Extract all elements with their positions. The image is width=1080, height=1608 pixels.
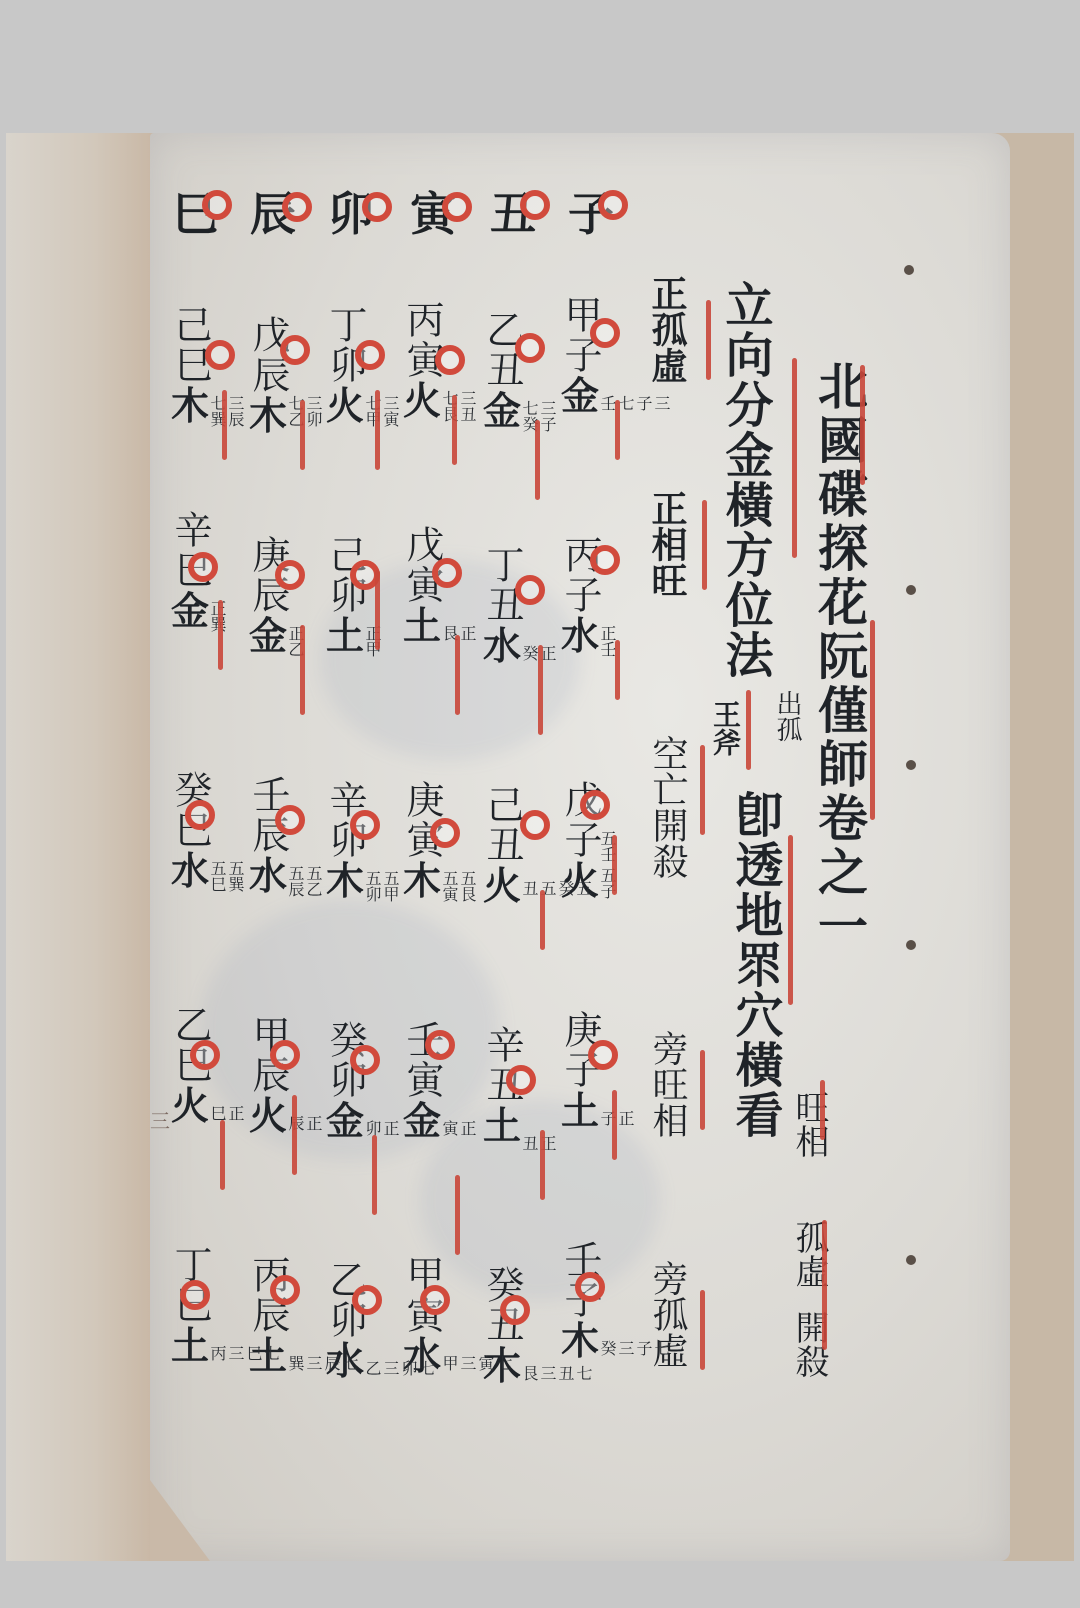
red-circle-mark — [515, 333, 545, 363]
red-circle-mark — [515, 575, 545, 605]
red-annotation-line — [455, 635, 460, 715]
title-column: 北國碟探花阮僅師卷之一 — [812, 360, 866, 954]
fen-jin-note: 五巽 五巳 — [208, 860, 244, 892]
left-backing-paper — [6, 133, 151, 1561]
element: 水 — [561, 615, 599, 657]
red-circle-mark — [282, 192, 312, 222]
element: 金 — [171, 590, 209, 632]
red-circle-mark — [425, 1030, 455, 1060]
element: 土 — [483, 1105, 521, 1147]
fen-jin-note: 五艮 五寅 — [440, 870, 476, 902]
fen-jin-note: 正卯 — [363, 1120, 399, 1142]
red-annotation-line — [535, 420, 540, 500]
subtitle-main: 立向分金橫方位法 — [718, 280, 772, 680]
fen-jin-note: 正巳 — [208, 1105, 244, 1127]
branch-header-row: 子 丑 寅 卯 辰 巳 — [160, 178, 640, 238]
red-circle-mark — [435, 345, 465, 375]
element: 火 — [326, 385, 364, 427]
red-circle-mark — [190, 1040, 220, 1070]
fen-jin-note: 五甲 五卯 — [363, 870, 399, 902]
red-annotation-line — [218, 600, 223, 670]
fen-jin-note: 正壬 — [598, 625, 616, 657]
red-annotation-line — [822, 1220, 827, 1350]
binding-hole — [906, 1255, 916, 1265]
fen-jin-note: 三寅 七甲 — [363, 395, 399, 427]
grid-entry: 庚辰 正乙 金 — [228, 535, 308, 657]
margin-page-mark: 三 — [150, 1108, 170, 1134]
right-backing-paper — [1000, 133, 1074, 1561]
element: 土 — [326, 615, 364, 657]
fen-jin-note: 三丑 七艮 — [440, 390, 476, 422]
red-annotation-line — [746, 690, 751, 770]
red-circle-mark — [352, 1285, 382, 1315]
red-annotation-line — [615, 640, 620, 700]
red-annotation-line — [700, 745, 705, 835]
red-annotation-line — [615, 400, 620, 460]
grid-entry: 癸巳 五巽 五巳 水 — [150, 770, 230, 892]
red-circle-mark — [588, 1040, 618, 1070]
element: 木 — [326, 860, 364, 902]
element: 土 — [403, 605, 441, 647]
ganzhi: 己巳 — [169, 305, 211, 385]
red-annotation-line — [702, 500, 707, 590]
red-annotation-line — [292, 1095, 297, 1175]
red-annotation-line — [540, 890, 545, 950]
element: 金 — [561, 375, 599, 417]
subtitle-continuation: 卽透地眔穴橫看 — [728, 790, 782, 1140]
legend-zheng-xiangwang: 正相旺 — [644, 490, 690, 598]
red-circle-mark — [430, 818, 460, 848]
red-circle-mark — [500, 1295, 530, 1325]
legend-kongwang-kaisha: 空亡開殺 — [644, 735, 690, 879]
red-circle-mark — [185, 800, 215, 830]
red-circle-mark — [270, 1275, 300, 1305]
red-circle-mark — [280, 335, 310, 365]
red-annotation-line — [700, 1290, 705, 1370]
red-circle-mark — [598, 190, 628, 220]
element: 木 — [561, 1320, 599, 1362]
red-circle-mark — [275, 560, 305, 590]
fen-jin-note: 七辰 三巽 — [286, 1355, 358, 1377]
ganzhi: 丙子 — [559, 535, 601, 615]
red-circle-mark — [205, 340, 235, 370]
red-annotation-line — [792, 358, 797, 558]
binding-hole — [906, 940, 916, 950]
element: 火 — [483, 865, 521, 907]
red-circle-mark — [350, 810, 380, 840]
red-circle-mark — [180, 1280, 210, 1310]
red-circle-mark — [202, 190, 232, 220]
red-circle-mark — [355, 340, 385, 370]
red-annotation-line — [700, 1050, 705, 1130]
red-annotation-line — [538, 645, 543, 735]
red-annotation-line — [375, 390, 380, 470]
element: 水 — [483, 625, 521, 667]
red-annotation-line — [820, 1080, 825, 1140]
legend-pang-wangxiang: 旁旺相 — [644, 1030, 690, 1138]
red-annotation-line — [870, 620, 875, 820]
red-circle-mark — [580, 790, 610, 820]
element: 金 — [326, 1100, 364, 1142]
red-circle-mark — [520, 810, 550, 840]
red-circle-mark — [432, 558, 462, 588]
red-annotation-line — [612, 835, 617, 895]
fen-jin-note: 七丑 三艮 — [520, 1365, 592, 1387]
red-annotation-line — [540, 1130, 545, 1200]
fen-jin-note: 七寅 三甲 — [440, 1355, 512, 1377]
grid-entry: 己卯 正甲 土 — [305, 535, 385, 657]
grid-entry: 甲寅 七寅 三甲 水 — [382, 1255, 462, 1377]
red-annotation-line — [788, 835, 793, 1005]
fen-jin-note: 正寅 — [440, 1120, 476, 1142]
red-annotation-line — [452, 395, 457, 465]
red-circle-mark — [506, 1065, 536, 1095]
red-annotation-line — [375, 570, 380, 650]
fen-jin-note: 七巳 三丙 — [208, 1345, 280, 1367]
element: 金 — [403, 1100, 441, 1142]
annotation-wangxiang: 旺相 — [786, 1090, 832, 1158]
red-circle-mark — [420, 1285, 450, 1315]
red-annotation-line — [300, 400, 305, 470]
red-annotation-line — [222, 390, 227, 460]
fen-jin-note: 正巽 — [208, 600, 226, 632]
element: 火 — [171, 1085, 209, 1127]
red-annotation-line — [706, 300, 711, 380]
red-circle-mark — [350, 1045, 380, 1075]
red-circle-mark — [590, 545, 620, 575]
fen-jin-note: 七子 三癸 — [598, 1340, 670, 1362]
element: 水 — [249, 855, 287, 897]
red-annotation-line — [612, 1090, 617, 1160]
binding-hole — [906, 760, 916, 770]
red-circle-mark — [270, 1040, 300, 1070]
red-circle-mark — [188, 552, 218, 582]
legend-zheng-guxu: 正孤虛 — [644, 275, 690, 383]
element: 金 — [249, 615, 287, 657]
element: 土 — [561, 1090, 599, 1132]
red-circle-mark — [275, 805, 305, 835]
fen-jin-note: 正丑 — [520, 1135, 556, 1151]
grid-entry: 庚子 正子 土 — [540, 1010, 620, 1132]
grid-entry: 丁丑 正癸 水 — [462, 545, 542, 667]
red-annotation-line — [220, 1120, 225, 1190]
element: 水 — [171, 850, 209, 892]
element: 金 — [483, 390, 521, 432]
fen-jin-note: 五癸 五丑 — [520, 880, 592, 907]
red-annotation-line — [300, 625, 305, 715]
fen-jin-note: 七卯 三乙 — [363, 1360, 435, 1382]
red-annotation-line — [860, 365, 865, 485]
grid-entry: 壬子 七子 三癸 木 — [540, 1240, 620, 1362]
red-circle-mark — [575, 1272, 605, 1302]
element: 火 — [403, 380, 441, 422]
element: 火 — [249, 1095, 287, 1137]
fen-jin-note: 三子 七壬 — [598, 395, 670, 417]
element: 木 — [171, 385, 209, 427]
red-annotation-line — [455, 1175, 460, 1255]
red-circle-mark — [362, 192, 392, 222]
red-annotation-line — [372, 1135, 377, 1215]
binding-hole — [904, 265, 914, 275]
ganzhi: 己丑 — [481, 785, 523, 865]
element: 土 — [171, 1325, 209, 1367]
fen-jin-note: 五乙 五辰 — [286, 865, 322, 897]
red-circle-mark — [590, 318, 620, 348]
interlinear-note: 王斧 — [712, 700, 738, 756]
element: 木 — [403, 860, 441, 902]
element: 木 — [249, 395, 287, 437]
red-circle-mark — [520, 190, 550, 220]
red-circle-mark — [442, 192, 472, 222]
binding-hole — [906, 585, 916, 595]
interlinear-note: 出孤 — [774, 690, 800, 742]
grid-entry: 甲子 三子 七壬 金 — [540, 295, 620, 417]
